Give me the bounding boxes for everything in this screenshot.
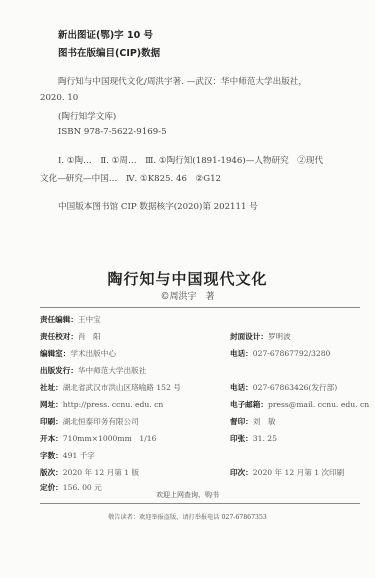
colophon-row: 电子邮箱：press@mail. ccnu. edu. cn (230, 399, 369, 410)
colophon-row: 出版发行：华中师范大学出版社 (40, 365, 146, 376)
colophon-row: 督印：刘 敏 (230, 416, 276, 427)
colophon-row: 责任校对：肖 阳 (40, 331, 101, 342)
colophon-row: 编辑室：学术出版中心 (40, 348, 116, 359)
colophon-row: 封面设计：罗明波 (230, 331, 291, 342)
footer-welcome: 欢迎上网查询、购书 (0, 490, 375, 500)
colophon-row: 字数：491 千字 (40, 450, 95, 461)
cip-classification-line1: Ⅰ. ①陶… Ⅱ. ①周… Ⅲ. ①陶行知(1891-1946)—人物研究 ②现… (58, 154, 323, 166)
cip-classification-line2: 文化—研究—中国… Ⅳ. ①K825. 46 ②G12 (40, 172, 221, 184)
footer-anti-piracy-notice: 敬告读者：欢迎举报盗版，请打举报电话 027-67867353 (0, 512, 375, 521)
colophon-row: 责任编辑：王中宝 (40, 314, 101, 325)
cip-entry-line2: 2020. 10 (40, 93, 78, 103)
book-author: ©周洪宇 著 (0, 289, 375, 302)
colophon-row: 印刷：湖北恒泰印务有限公司 (40, 416, 139, 427)
divider-top (40, 307, 360, 308)
colophon-row: 社址：湖北省武汉市洪山区珞喻路 152 号 (40, 382, 181, 393)
cip-series: (陶行知学文库) (58, 110, 116, 122)
book-title: 陶行知与中国现代文化 (0, 268, 375, 289)
license-number: 新出图证(鄂)字 10 号 (58, 27, 153, 41)
divider-bottom (40, 503, 360, 504)
colophon-row: 版次：2020 年 12 月第 1 版 (40, 467, 139, 478)
colophon-row: 印次：2020 年 12 月第 1 次印刷 (230, 467, 344, 478)
colophon-row: 网址：http://press. ccnu. edu. cn (40, 399, 163, 410)
cip-approval-number: 中国版本图书馆 CIP 数据核字(2020)第 202111 号 (58, 200, 258, 212)
colophon-row: 电话：027-67867792/3280 (230, 348, 330, 359)
cip-entry-line1: 陶行知与中国现代文化/周洪宇著. —武汉：华中师范大学出版社， (58, 75, 307, 87)
cip-heading: 图书在版编目(CIP)数据 (58, 45, 160, 59)
colophon-row: 电话：027-67863426(发行部) (230, 382, 337, 393)
cip-isbn: ISBN 978-7-5622-9169-5 (58, 127, 167, 137)
colophon-row: 开本：710mm×1000mm 1/16 (40, 433, 156, 444)
colophon-row: 印张：31. 25 (230, 433, 277, 444)
